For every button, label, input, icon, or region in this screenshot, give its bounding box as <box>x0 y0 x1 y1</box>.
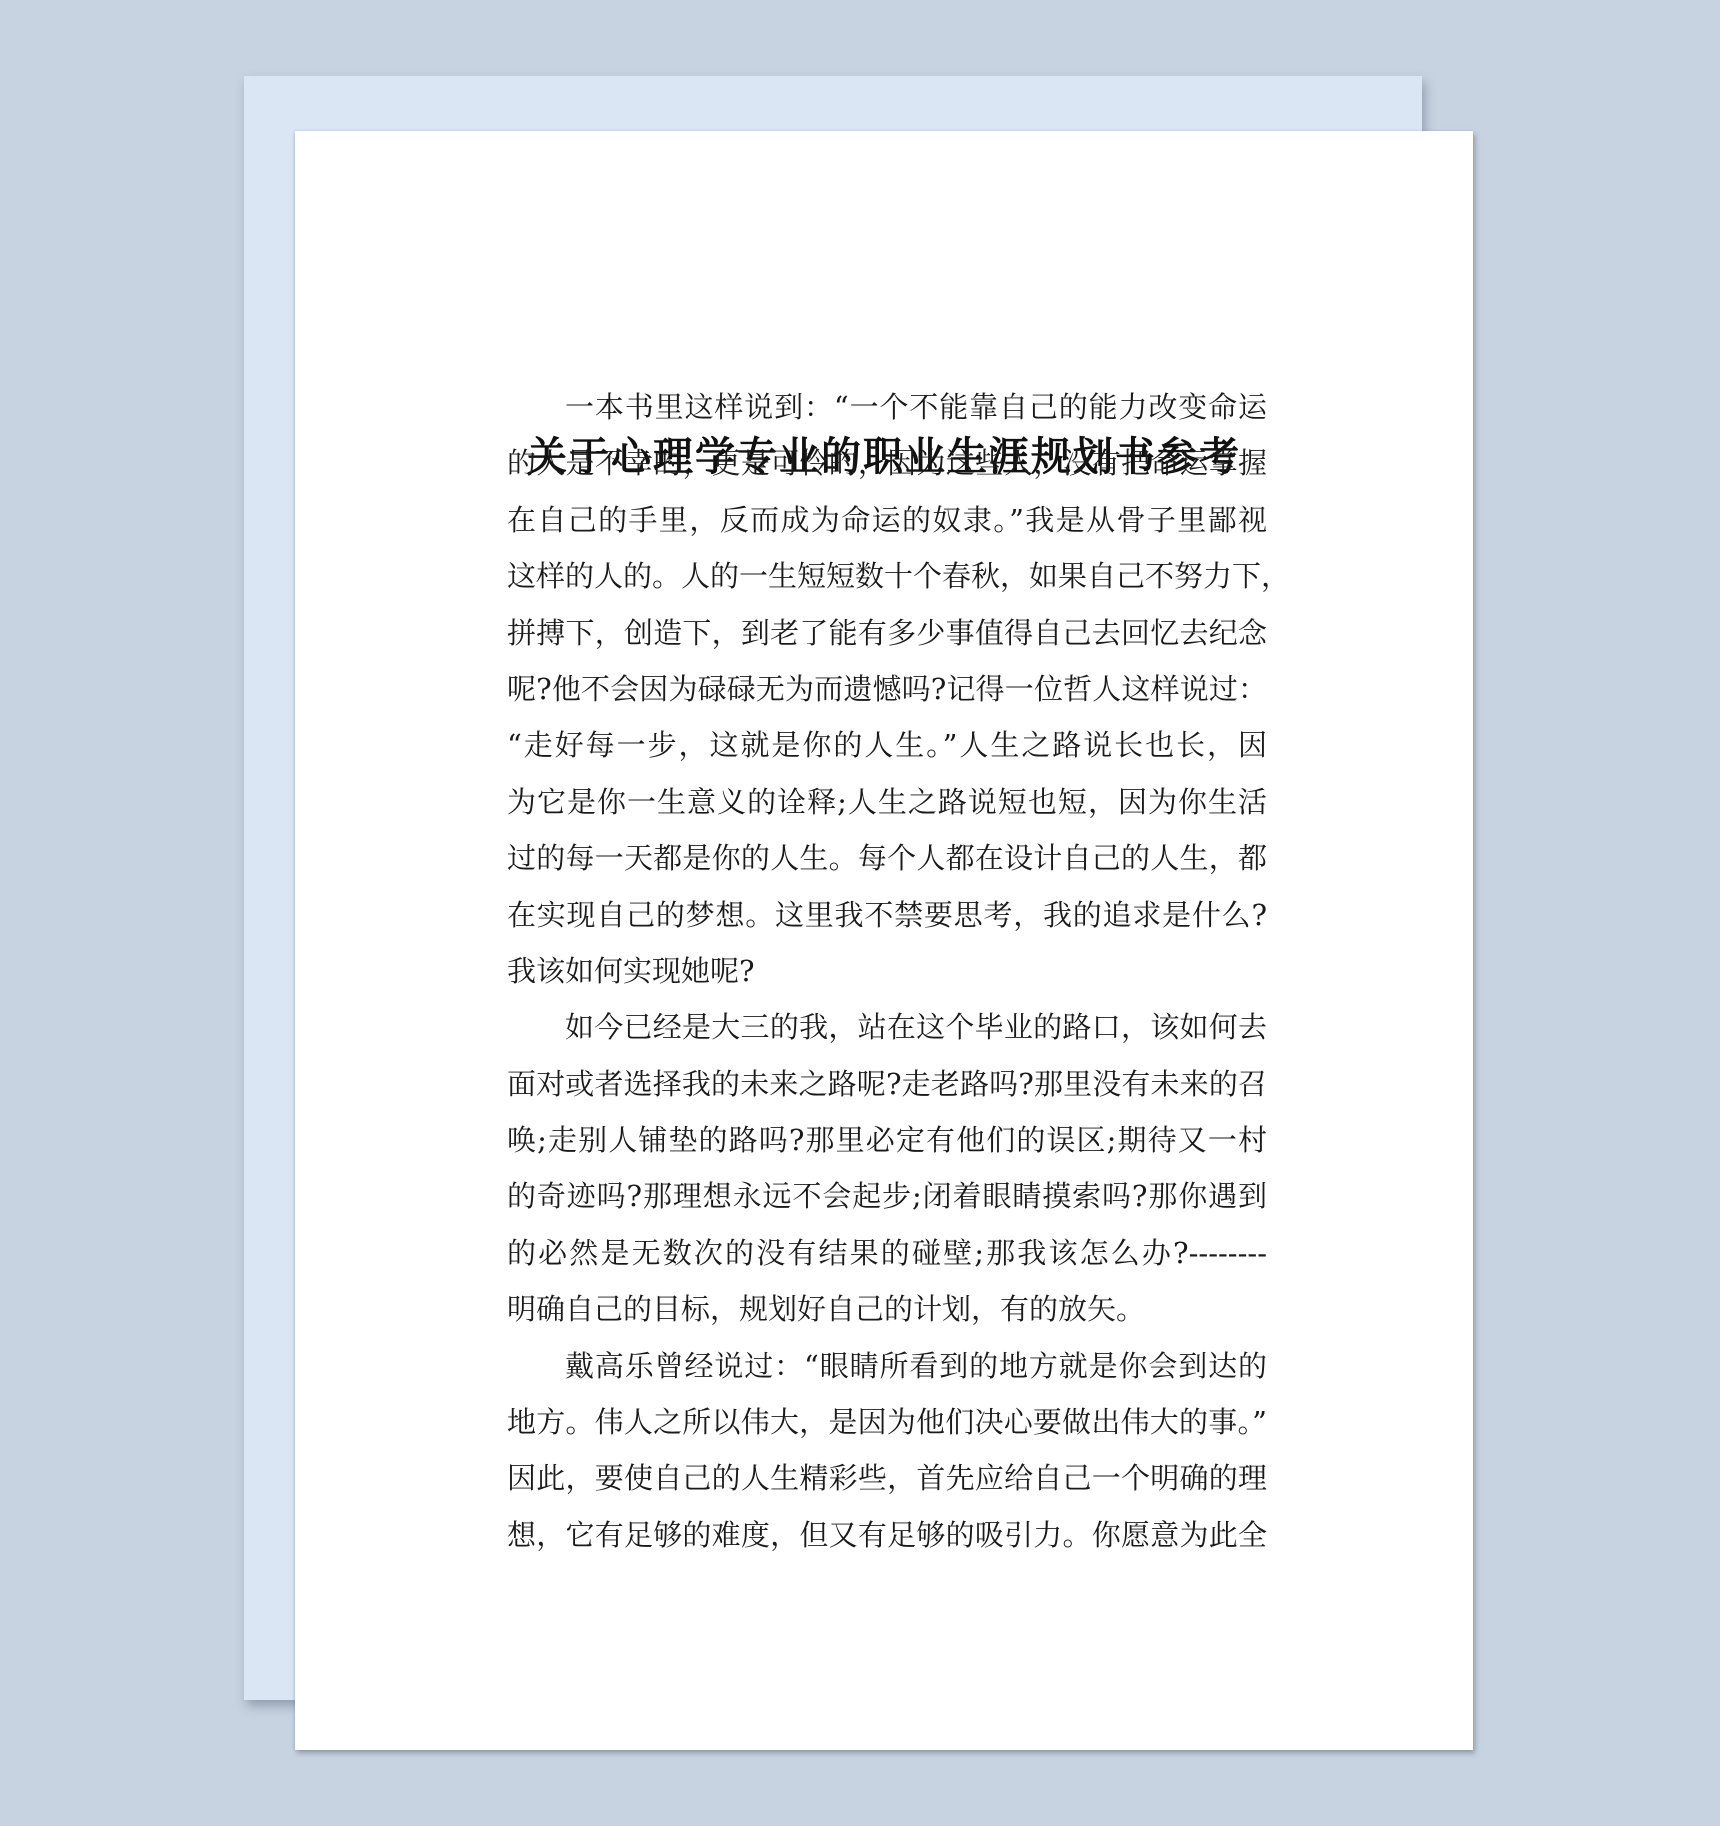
text-line: 过的每一天都是你的人生。每个人都在设计自己的人生，都 <box>507 830 1267 886</box>
text-line: 的必然是无数次的没有结果的碰壁;那我该怎么办?-------- <box>507 1225 1267 1281</box>
text-line: 的人是不幸的，更是可怜的，因为这些人，没有把命运掌握 <box>507 435 1267 491</box>
document-page: 关于心理学专业的职业生涯规划书参考 一本书里这样说到：“一个不能靠自己的能力改变… <box>295 131 1473 1750</box>
text-line: 地方。伟人之所以伟大，是因为他们决心要做出伟大的事。” <box>507 1394 1267 1450</box>
document-body: 一本书里这样说到：“一个不能靠自己的能力改变命运 的人是不幸的，更是可怜的，因为… <box>507 379 1267 1563</box>
paragraph-2: 如今已经是大三的我，站在这个毕业的路口，该如何去 面对或者选择我的未来之路呢?走… <box>507 999 1267 1337</box>
text-line: 戴高乐曾经说过：“眼睛所看到的地方就是你会到达的 <box>507 1338 1267 1394</box>
text-line: 因此，要使自己的人生精彩些，首先应给自己一个明确的理 <box>507 1450 1267 1506</box>
text-line: 我该如何实现她呢? <box>507 943 1267 999</box>
text-line: 明确自己的目标，规划好自己的计划，有的放矢。 <box>507 1281 1267 1337</box>
paragraph-1: 一本书里这样说到：“一个不能靠自己的能力改变命运 的人是不幸的，更是可怜的，因为… <box>507 379 1267 999</box>
text-line: 想，它有足够的难度，但又有足够的吸引力。你愿意为此全 <box>507 1507 1267 1563</box>
text-line: 如今已经是大三的我，站在这个毕业的路口，该如何去 <box>507 999 1267 1055</box>
text-line: 唤;走别人铺垫的路吗?那里必定有他们的误区;期待又一村 <box>507 1112 1267 1168</box>
text-line: 为它是你一生意义的诠释;人生之路说短也短，因为你生活 <box>507 774 1267 830</box>
text-line: 呢?他不会因为碌碌无为而遗憾吗?记得一位哲人这样说过： <box>507 661 1267 717</box>
text-line: 的奇迹吗?那理想永远不会起步;闭着眼睛摸索吗?那你遇到 <box>507 1168 1267 1224</box>
text-line: 面对或者选择我的未来之路呢?走老路吗?那里没有未来的召 <box>507 1056 1267 1112</box>
text-line: 在实现自己的梦想。这里我不禁要思考，我的追求是什么? <box>507 887 1267 943</box>
text-line: 拼搏下，创造下，到老了能有多少事值得自己去回忆去纪念 <box>507 605 1267 661</box>
text-line: 这样的人的。人的一生短短数十个春秋，如果自己不努力下， <box>507 548 1267 604</box>
text-line: “走好每一步，这就是你的人生。”人生之路说长也长，因 <box>507 717 1267 773</box>
text-line: 在自己的手里，反而成为命运的奴隶。”我是从骨子里鄙视 <box>507 492 1267 548</box>
paragraph-3: 戴高乐曾经说过：“眼睛所看到的地方就是你会到达的 地方。伟人之所以伟大，是因为他… <box>507 1338 1267 1564</box>
text-line: 一本书里这样说到：“一个不能靠自己的能力改变命运 <box>507 379 1267 435</box>
